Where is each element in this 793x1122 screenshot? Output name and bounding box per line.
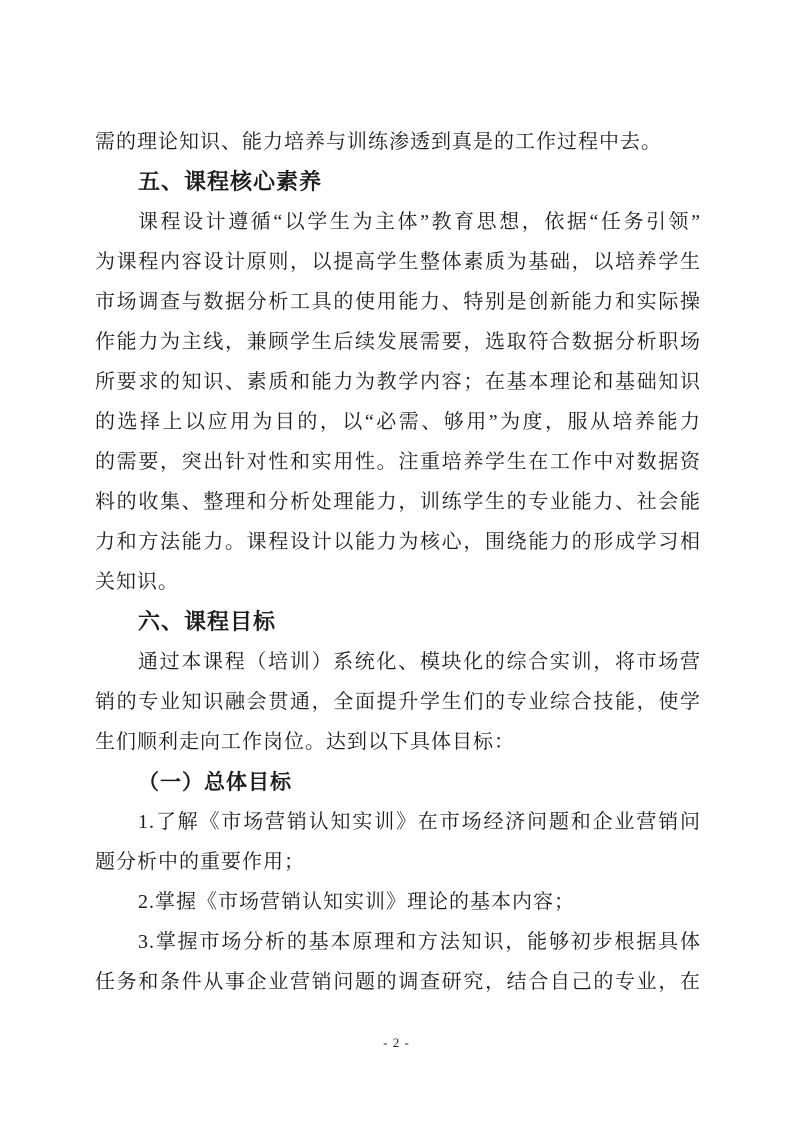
text-line: 3.掌握市场分析的基本原理和方法知识，能够初步根据具体 (95, 922, 701, 962)
text-line: 题分析中的重要作用； (95, 842, 701, 882)
text-line: 1.了解《市场营销认知实训》在市场经济问题和企业营销问 (95, 802, 701, 842)
heading-course-core-competency: 五、课程核心素养 (95, 162, 701, 202)
page-number: - 2 - (0, 1034, 793, 1052)
subheading-overall-objectives: （一）总体目标 (95, 762, 701, 802)
text-line: 所要求的知识、素质和能力为教学内容；在基本理论和基础知识 (95, 362, 701, 402)
text-line: 需的理论知识、能力培养与训练渗透到真是的工作过程中去。 (95, 122, 701, 162)
text-line: 的选择上以应用为目的，以“必需、够用”为度，服从培养能力 (95, 402, 701, 442)
text-line: 生们顺利走向工作岗位。达到以下具体目标： (95, 722, 701, 762)
text-line: 通过本课程（培训）系统化、模块化的综合实训，将市场营 (95, 642, 701, 682)
text-line: 料的收集、整理和分析处理能力，训练学生的专业能力、社会能 (95, 482, 701, 522)
text-line: 作能力为主线，兼顾学生后续发展需要，选取符合数据分析职场 (95, 322, 701, 362)
text-line: 2.掌握《市场营销认知实训》理论的基本内容； (95, 882, 701, 922)
text-line: 力和方法能力。课程设计以能力为核心，围绕能力的形成学习相 (95, 522, 701, 562)
text-line: 的需要，突出针对性和实用性。注重培养学生在工作中对数据资 (95, 442, 701, 482)
heading-course-objectives: 六、课程目标 (95, 602, 701, 642)
text-line: 关知识。 (95, 562, 701, 602)
text-line: 销的专业知识融会贯通，全面提升学生们的专业综合技能，使学 (95, 682, 701, 722)
text-line: 任务和条件从事企业营销问题的调查研究，结合自己的专业，在 (95, 962, 701, 1002)
text-line: 市场调查与数据分析工具的使用能力、特别是创新能力和实际操 (95, 282, 701, 322)
document-page: 需的理论知识、能力培养与训练渗透到真是的工作过程中去。 五、课程核心素养 课程设… (0, 0, 793, 1122)
document-body: 需的理论知识、能力培养与训练渗透到真是的工作过程中去。 五、课程核心素养 课程设… (95, 122, 701, 1002)
text-line: 为课程内容设计原则，以提高学生整体素质为基础，以培养学生 (95, 242, 701, 282)
text-line: 课程设计遵循“以学生为主体”教育思想，依据“任务引领” (95, 202, 701, 242)
